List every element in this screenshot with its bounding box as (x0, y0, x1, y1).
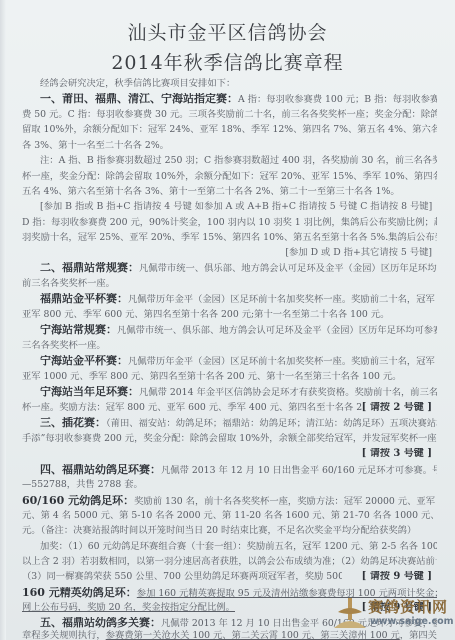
ninghai-regular-line-1: 宁海站常规赛：凡佩带市统一、俱乐部、地方鸽会认可足环及金平（金园）区历年足环均可… (40, 324, 437, 336)
pigeon-logo-icon (330, 594, 370, 632)
section-2-key: [ 请按 2 号键 ] (22, 402, 432, 413)
section-2-heading: 二、福鼎站常规赛： (40, 262, 139, 274)
section-5-heading: 五、福鼎站幼鸽多关赛： (40, 617, 161, 629)
section-1-key-instructions: [参加 B 指或 B 指+C 指请按 4 号键 如参加 A 或 A+B 指+C … (40, 201, 437, 212)
youth-ring-line-2: 元、第 4 名 5000 元、第 5-10 名各 2000 元、第 11-20 … (22, 510, 437, 521)
section-1-d-key: [参加 D 或 D 指+其它请按 5 号键] (22, 247, 432, 258)
section-1-d-line-1: D 指：每羽收参赛费 200 元，90%计奖金，100 羽内以 10 羽奖 1 … (22, 217, 437, 228)
section-3-line-2: 手添”每羽收参赛费 200 元，奖金分配：除鸽会留取 10%外，余额全部奖给冠军… (22, 433, 437, 444)
youth-ring-heading: 60/160 元幼鸽足环： (22, 495, 134, 507)
section-3-heading: 三、插花赛： (40, 417, 106, 429)
section-1-note-2: 杯一座，奖金分配：除鸽会留取 10%外，余额分配如下：冠军 20%、亚军 15%… (22, 171, 437, 182)
youth-ring-line-3: 元。（备注：决赛站报鸽时间以开笼时间当日 20 时结束比赛，不足名次奖金平均分配… (22, 525, 437, 536)
section-1-line-4: 各 3%、第十一名至二十名各 2%。 (22, 140, 437, 151)
section-1-note-1: 注：A 指、B 指参赛羽数超过 250 羽；C 指参赛羽数超过 400 羽，各奖… (40, 155, 437, 166)
bonus-line-2: 以上含 2 羽）若羽数相同，以第一羽分速居高者获胜，以鸽会公布成绩为准；（2）幼… (22, 556, 437, 567)
bonus-line-1: 加奖：（1）60 元幼鸽足环赛组合赛（十套一组）：奖励前五名，冠军 1200 元… (40, 541, 437, 552)
section-3-line-1: 三、插花赛：（莆田、福安站：幼鸽足环；福鼎站：幼鸽足环；清江站：幼鸽足环）五项决… (40, 417, 437, 429)
section-4-line-1: 四、福鼎站幼鸽足环赛：凡佩带 2013 年 12 月 10 日出售金平 60/1… (40, 464, 437, 476)
section-1-line-2: 费 50 元。C 指：每羽收参赛费 30 元。三项各奖励前二十名，前三名各奖奖杯… (22, 109, 437, 120)
intro-text: 经鸽会研究决定，秋季信鸽比赛项目安排如下： (40, 78, 437, 89)
section-2-line-1: 二、福鼎站常规赛：凡佩带市统一、俱乐部、地方鸽会认可足环及金平（金园）区历年足环… (40, 262, 437, 274)
ninghai-cup-line-1: 宁海站金平杯赛：凡佩带历年金平（金园）区足环前十名加奖奖杯一座。奖励前三十名，冠… (40, 355, 437, 367)
elite-ring-heading: 160 元精英幼鸽足环： (22, 587, 137, 599)
ninghai-year-heading: 宁海站当年足环赛： (40, 386, 139, 398)
ninghai-year-line-1: 宁海站当年足环赛：凡佩带 2014 年金平区信鸽协会足环才有获奖资格。奖励前十名… (40, 386, 437, 398)
document-page: 汕头市金平区信鸽协会 2014年秋季信鸽比赛章程 经鸽会研究决定，秋季信鸽比赛项… (0, 0, 455, 640)
section-1-line-3: 留取 10%外，余额分配如下：冠军 24%、亚军 18%、季军 12%、第四名 … (22, 124, 437, 135)
section-3-key: [ 请按 3 号键 ] (22, 448, 432, 459)
fuding-cup-heading: 福鼎站金平杯赛： (40, 293, 128, 305)
section-4-key-1: [ 请按 9 号键 ] (22, 571, 432, 582)
doc-title-rules: 2014年秋季信鸽比赛章程 (0, 48, 455, 75)
watermark: 赛鸽资讯网 www.saige.com (330, 590, 455, 635)
youth-ring-line-1: 60/160 元幼鸽足环：奖励前 130 名，前十名各奖奖杯一座，奖励方法：冠军… (22, 495, 437, 507)
section-2-line-2: 前三名各奖奖杯一座。 (22, 278, 437, 289)
ninghai-cup-line-2: 亚军 1000 元、季军 800 元、第四名至第十名各 200 元、第十一名至第… (22, 371, 437, 382)
section-1-note-3: 五名 4%、第六名至第十名各 3%、第十一至第二十名各 2%、第二十一至第三十名… (22, 186, 437, 197)
section-4-line-2: —552788，共售 2788 套。 (22, 479, 437, 490)
watermark-url: www.saige.com (370, 616, 454, 627)
ninghai-cup-heading: 宁海站金平杯赛： (40, 355, 128, 367)
fuding-cup-line-2: 亚军 800 元、季军 600 元、第四名至第十名各 200 元;第十一名至第二… (22, 309, 437, 320)
section-1-heading: 一、莆田、福鼎、清江、宁海站指定赛： (40, 93, 238, 105)
fuding-cup-line-1: 福鼎站金平杯赛：凡佩带历年金平（金园）区足环前十名加奖奖杯一座。奖励前二十名，冠… (40, 293, 437, 305)
ninghai-regular-line-2: 三名各奖奖杯一座。 (22, 340, 437, 351)
ninghai-regular-heading: 宁海站常规赛： (40, 324, 117, 336)
watermark-brand: 赛鸽资讯网 (368, 596, 448, 617)
page-edge (0, 0, 6, 640)
section-1-d-line-2: 羽奖励十名，冠军 25%、亚军 20%、季军 15%、第四名 10%、第五名至第… (22, 232, 437, 243)
section-1-line-1: 一、莆田、福鼎、清江、宁海站指定赛：A 指：每羽收参赛费 100 元；B 指：每… (40, 93, 437, 105)
section-4-heading: 四、福鼎站幼鸽足环赛： (40, 464, 161, 476)
doc-title-association: 汕头市金平区信鸽协会 (0, 18, 455, 45)
